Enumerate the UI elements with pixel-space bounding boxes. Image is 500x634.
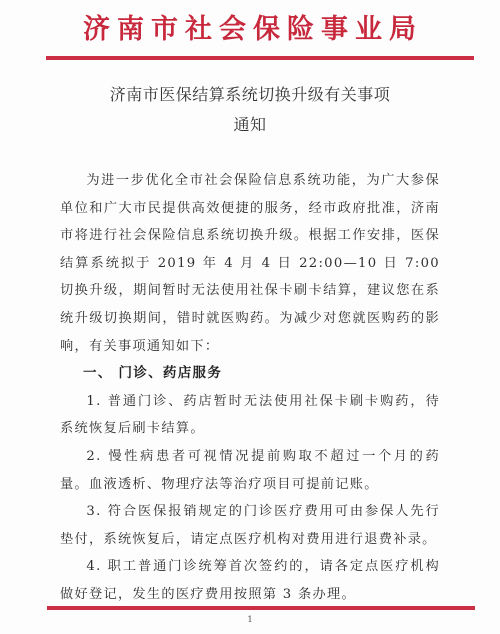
intro-paragraph: 为进一步优化全市社会保险信息系统功能，为广大参保单位和广大市民提供高效便捷的服务… bbox=[60, 167, 440, 360]
notice-title-line-1: 济南市医保结算系统切换升级有关事项 bbox=[0, 80, 500, 110]
footer-red-rule bbox=[47, 606, 475, 610]
notice-title-line-2: 通知 bbox=[0, 110, 500, 140]
list-item: 2. 慢性病患者可视情况提前购取不超过一个月的药量。血液透析、物理疗法等治疗项目… bbox=[60, 443, 440, 498]
document-page: 济南市社会保险事业局 济南市医保结算系统切换升级有关事项 通知 为进一步优化全市… bbox=[0, 0, 500, 634]
list-item: 4. 职工普通门诊统筹首次签约的，请各定点医疗机构做好登记，发生的医疗费用按照第… bbox=[60, 553, 440, 608]
page-number: 1 bbox=[0, 615, 500, 624]
masthead-red-rule bbox=[46, 56, 474, 60]
masthead-title: 济南市社会保险事业局 bbox=[0, 12, 500, 48]
list-item: 3. 符合医保报销规定的门诊医疗费用可由参保人先行垫付，系统恢复后，请定点医疗机… bbox=[60, 498, 440, 553]
notice-title: 济南市医保结算系统切换升级有关事项 通知 bbox=[0, 80, 500, 140]
section-heading: 一、 门诊、药店服务 bbox=[60, 360, 440, 388]
list-item: 1. 普通门诊、药店暂时无法使用社保卡刷卡购药，待系统恢复后刷卡结算。 bbox=[60, 388, 440, 443]
notice-body: 为进一步优化全市社会保险信息系统功能，为广大参保单位和广大市民提供高效便捷的服务… bbox=[60, 167, 440, 609]
